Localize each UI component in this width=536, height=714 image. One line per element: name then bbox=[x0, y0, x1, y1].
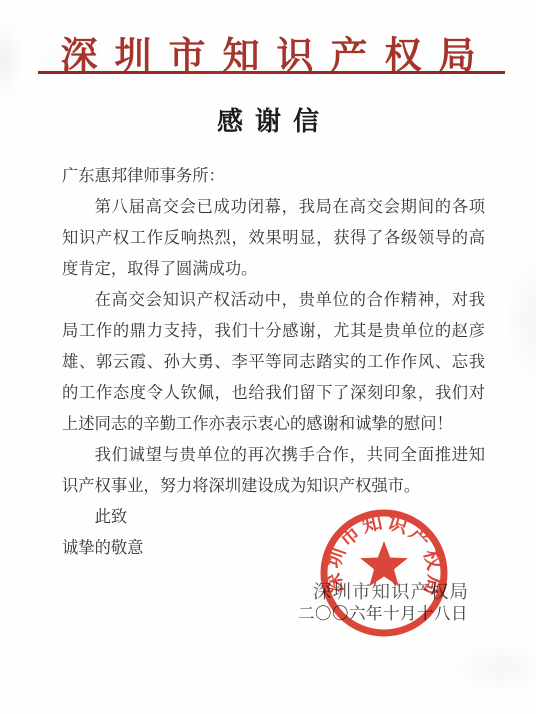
paragraph-3: 我们诚望与贵单位的再次携手合作，共同全面推进知识产权事业，努力将深圳建设成为知识… bbox=[62, 439, 485, 501]
letter-date: 二〇〇六年十月十八日 bbox=[298, 600, 468, 624]
scanned-letter-page: 深圳市知识产权局 感谢信 广东惠邦律师事务所： 第八届高交会已成功闭幕，我局在高… bbox=[0, 0, 536, 714]
paragraph-2: 在高交会知识产权活动中，贵单位的合作精神，对我局工作的鼎力支持，我们十分感谢，尤… bbox=[62, 284, 485, 439]
salutation: 广东惠邦律师事务所： bbox=[62, 160, 485, 191]
letterhead-divider bbox=[38, 71, 505, 74]
paragraph-1: 第八届高交会已成功闭幕，我局在高交会期间的各项知识产权工作反响热烈，效果明显，获… bbox=[62, 191, 485, 284]
letter-title: 感谢信 bbox=[0, 101, 536, 138]
